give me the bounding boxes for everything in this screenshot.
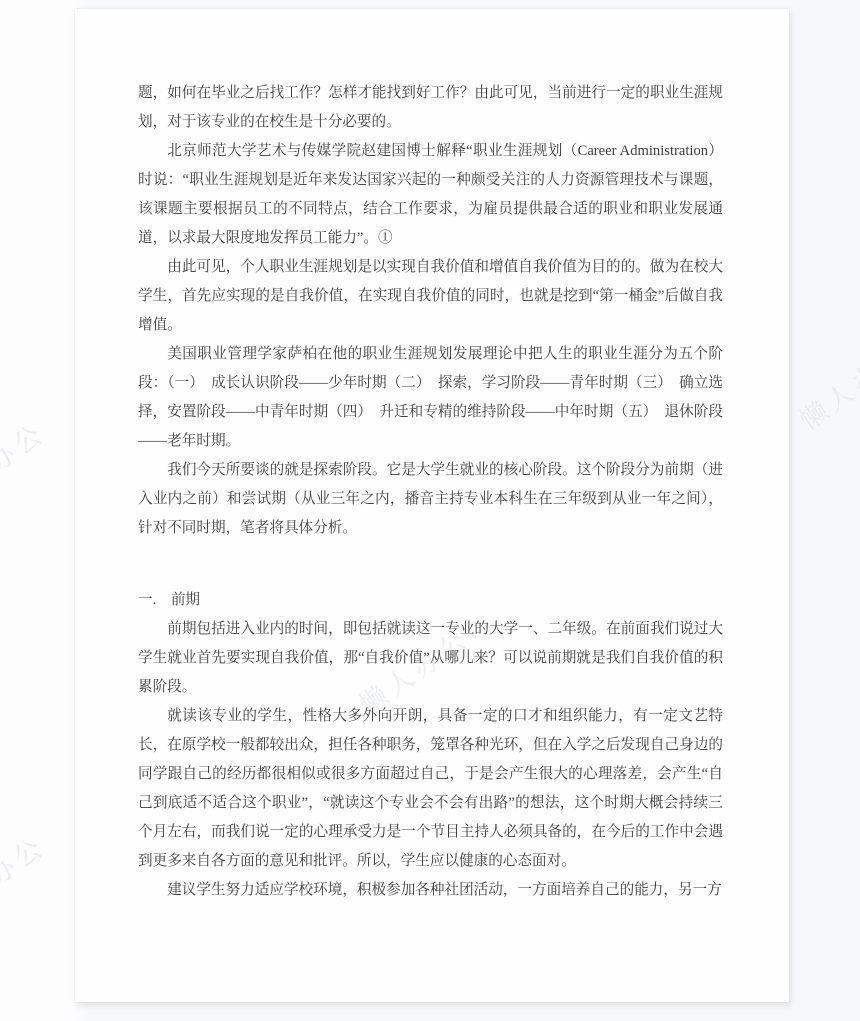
document-page: 懒人办公 题，如何在毕业之后找工作？怎样才能找到好工作？由此可见，当前进行一定的… — [75, 9, 789, 1002]
watermark-text: 懒人办公 — [0, 825, 53, 930]
paragraph: 由此可见，个人职业生涯规划是以实现自我价值和增值自我价值为目的的。做为在校大学生… — [138, 253, 723, 340]
paragraph: 美国职业管理学家萨柏在他的职业生涯规划发展理论中把人生的职业生涯分为五个阶段：（… — [138, 340, 723, 456]
paragraph: 就读该专业的学生，性格大多外向开朗，具备一定的口才和组织能力，有一定文艺特长，在… — [138, 702, 723, 876]
paragraph: 北京师范大学艺术与传媒学院赵建国博士解释“职业生涯规划（Career Admin… — [138, 137, 723, 253]
paragraph: 我们今天所要谈的就是探索阶段。它是大学生就业的核心阶段。这个阶段分为前期（进入业… — [138, 456, 723, 543]
section-heading: 一. 前期 — [138, 586, 723, 615]
watermark-text: 懒人办公 — [0, 412, 53, 517]
watermark-text: 懒人办公 — [790, 332, 860, 437]
document-body: 题，如何在毕业之后找工作？怎样才能找到好工作？由此可见，当前进行一定的职业生涯规… — [138, 79, 723, 905]
paragraph-continuation: 题，如何在毕业之后找工作？怎样才能找到好工作？由此可见，当前进行一定的职业生涯规… — [138, 79, 723, 137]
paragraph: 建议学生努力适应学校环境，积极参加各种社团活动，一方面培养自己的能力，另一方 — [138, 876, 723, 905]
paragraph: 前期包括进入业内的时间，即包括就读这一专业的大学一、二年级。在前面我们说过大学生… — [138, 615, 723, 702]
